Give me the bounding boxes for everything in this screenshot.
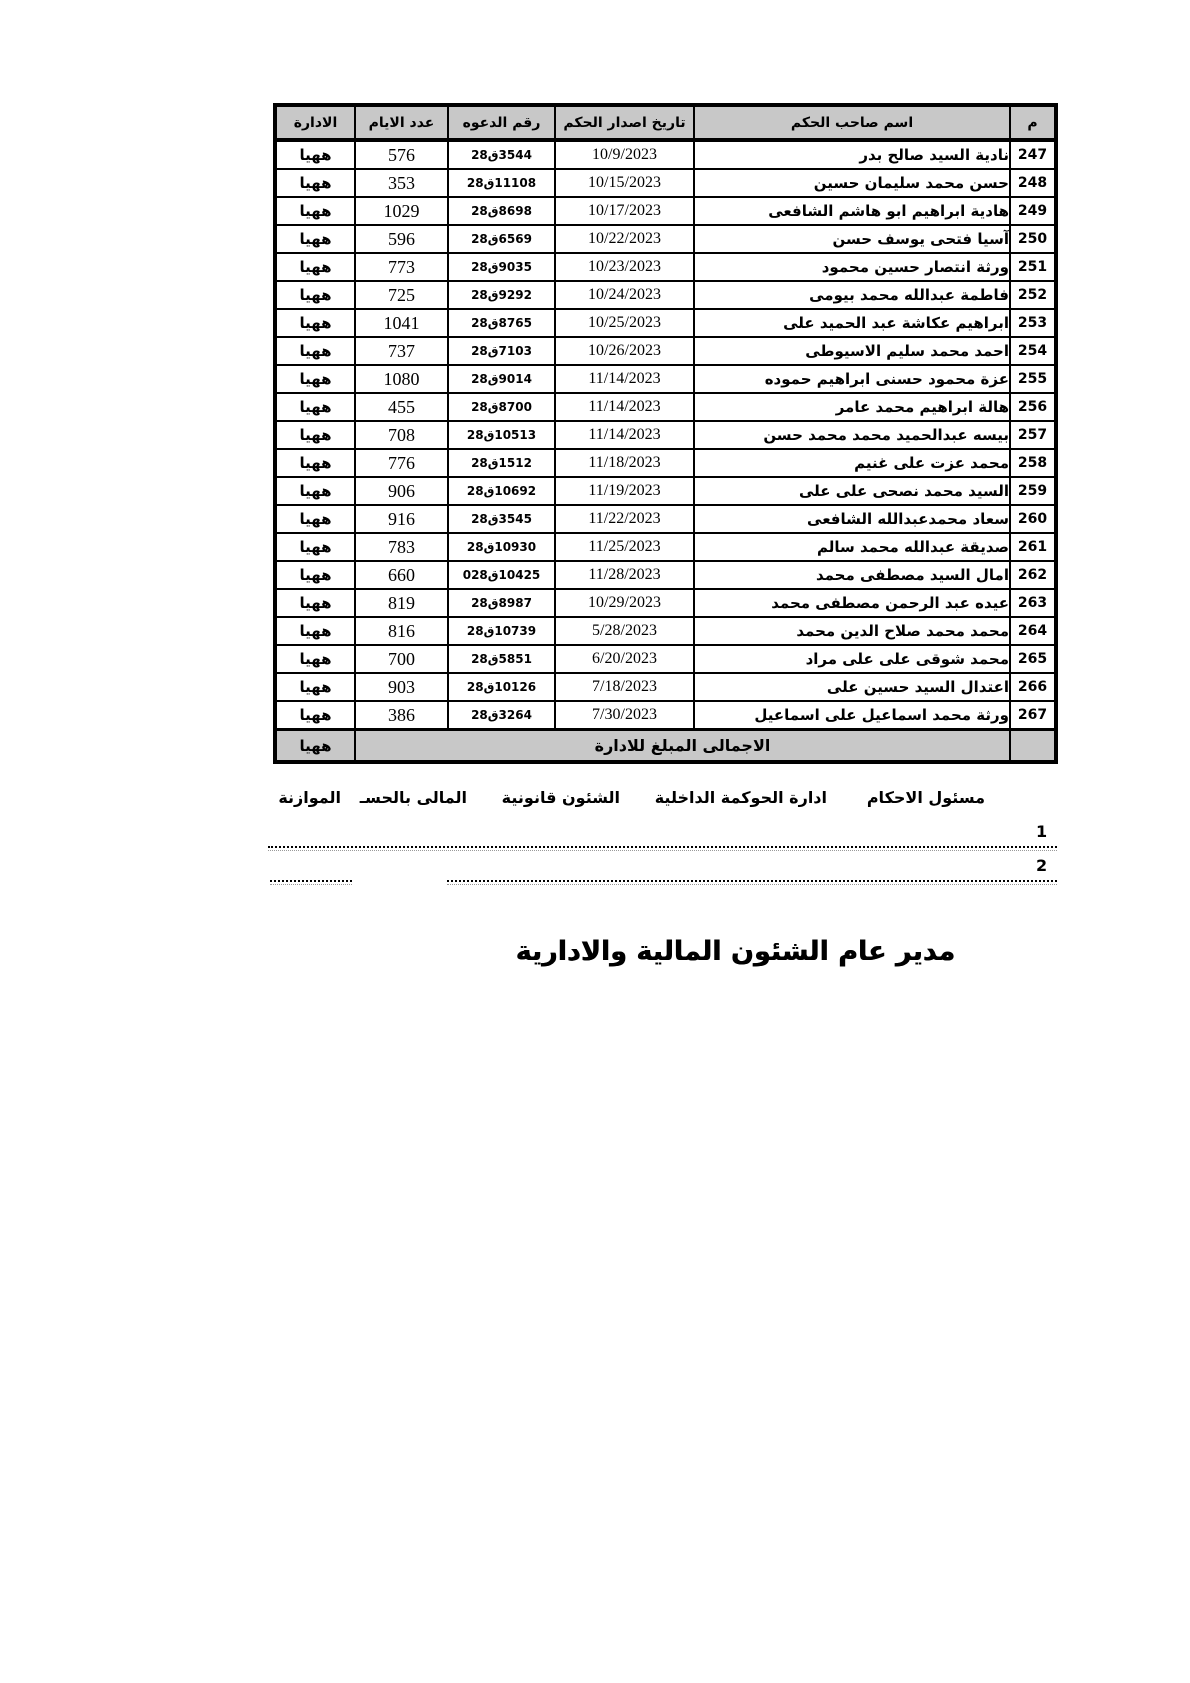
cell-judgment-date: 10/9/2023 [555,140,694,169]
cell-judgment-date: 11/19/2023 [555,477,694,505]
cell-case-number: 3264ق28 [448,701,555,730]
cell-owner-name: صديقة عبدالله محمد سالم [694,533,1010,561]
table-row: 251 ورثة انتصار حسين محمود 10/23/2023 90… [275,253,1056,281]
cell-row-number: 247 [1010,140,1056,169]
cell-administration: ههيا [275,393,355,421]
cell-row-number: 263 [1010,589,1056,617]
cell-owner-name: حسن محمد سليمان حسين [694,169,1010,197]
cell-judgment-date: 11/25/2023 [555,533,694,561]
cell-case-number: 1512ق28 [448,449,555,477]
cell-case-number: 10692ق28 [448,477,555,505]
cell-case-number: 11108ق28 [448,169,555,197]
cell-owner-name: فاطمة عبدالله محمد بيومى [694,281,1010,309]
cell-judgment-date: 10/25/2023 [555,309,694,337]
cell-administration: ههيا [275,337,355,365]
table-row: 247 نادية السيد صالح بدر 10/9/2023 3544ق… [275,140,1056,169]
cell-owner-name: ورثة انتصار حسين محمود [694,253,1010,281]
cell-days-count: 1029 [355,197,448,225]
cell-case-number: 8700ق28 [448,393,555,421]
cell-administration: ههيا [275,617,355,645]
cell-owner-name: ابراهيم عكاشة عبد الحميد على [694,309,1010,337]
cell-judgment-date: 11/14/2023 [555,365,694,393]
cell-days-count: 906 [355,477,448,505]
table-row: 259 السيد محمد نصحى على على 11/19/2023 1… [275,477,1056,505]
total-label: الاجمالى المبلغ للادارة [355,730,1010,763]
cell-days-count: 1080 [355,365,448,393]
cell-case-number: 9292ق28 [448,281,555,309]
cell-row-number: 262 [1010,561,1056,589]
table-row: 260 سعاد محمدعبدالله الشافعى 11/22/2023 … [275,505,1056,533]
cell-owner-name: ورثة محمد اسماعيل على اسماعيل [694,701,1010,730]
signature-internal-governance: ادارة الحوكمة الداخلية [655,788,827,807]
cell-owner-name: سعاد محمدعبدالله الشافعى [694,505,1010,533]
cell-judgment-date: 11/14/2023 [555,421,694,449]
cell-row-number: 265 [1010,645,1056,673]
cell-owner-name: محمد محمد صلاح الدين محمد [694,617,1010,645]
table-row: 264 محمد محمد صلاح الدين محمد 5/28/2023 … [275,617,1056,645]
cell-owner-name: السيد محمد نصحى على على [694,477,1010,505]
note-number-2: 2 [1036,856,1047,875]
cell-row-number: 256 [1010,393,1056,421]
cell-row-number: 249 [1010,197,1056,225]
cell-case-number: 10126ق28 [448,673,555,701]
cell-judgment-date: 11/22/2023 [555,505,694,533]
cell-case-number: 3545ق28 [448,505,555,533]
table-row: 265 محمد شوقى على على مراد 6/20/2023 585… [275,645,1056,673]
cell-administration: ههيا [275,365,355,393]
judgments-table-header: م اسم صاحب الحكم تاريخ اصدار الحكم رقم ا… [275,105,1056,140]
cell-owner-name: نادية السيد صالح بدر [694,140,1010,169]
cell-days-count: 773 [355,253,448,281]
cell-administration: ههيا [275,533,355,561]
cell-row-number: 252 [1010,281,1056,309]
cell-case-number: 7103ق28 [448,337,555,365]
cell-days-count: 819 [355,589,448,617]
cell-judgment-date: 10/17/2023 [555,197,694,225]
cell-days-count: 708 [355,421,448,449]
cell-administration: ههيا [275,449,355,477]
cell-administration: ههيا [275,225,355,253]
cell-administration: ههيا [275,477,355,505]
signature-financial: المالى بالحسـ [360,788,467,807]
cell-administration: ههيا [275,673,355,701]
cell-judgment-date: 5/28/2023 [555,617,694,645]
cell-judgment-date: 6/20/2023 [555,645,694,673]
cell-case-number: 3544ق28 [448,140,555,169]
cell-owner-name: امال السيد مصطفى محمد [694,561,1010,589]
signature-legal-affairs: الشئون قانونية [502,788,620,807]
dotted-line-2-left [270,880,352,885]
cell-case-number: 8698ق28 [448,197,555,225]
table-row: 256 هالة ابراهيم محمد عامر 11/14/2023 87… [275,393,1056,421]
cell-judgment-date: 7/30/2023 [555,701,694,730]
table-row: 258 محمد عزت على غنيم 11/18/2023 1512ق28… [275,449,1056,477]
cell-judgment-date: 11/14/2023 [555,393,694,421]
cell-case-number: 10930ق28 [448,533,555,561]
cell-row-number: 266 [1010,673,1056,701]
cell-case-number: 5851ق28 [448,645,555,673]
cell-owner-name: اعتدال السيد حسين على [694,673,1010,701]
header-judgment-date: تاريخ اصدار الحكم [555,105,694,140]
table-row: 250 آسيا فتحى يوسف حسن 10/22/2023 6569ق2… [275,225,1056,253]
cell-judgment-date: 7/18/2023 [555,673,694,701]
header-row: م اسم صاحب الحكم تاريخ اصدار الحكم رقم ا… [275,105,1056,140]
cell-administration: ههيا [275,561,355,589]
cell-days-count: 783 [355,533,448,561]
dotted-line-2-right [447,880,1057,885]
cell-administration: ههيا [275,197,355,225]
cell-judgment-date: 11/18/2023 [555,449,694,477]
cell-administration: ههيا [275,281,355,309]
cell-row-number: 253 [1010,309,1056,337]
cell-owner-name: هادية ابراهيم ابو هاشم الشافعى [694,197,1010,225]
cell-case-number: 8987ق28 [448,589,555,617]
cell-row-number: 258 [1010,449,1056,477]
table-row: 255 عزة محمود حسنى ابراهيم حموده 11/14/2… [275,365,1056,393]
cell-days-count: 916 [355,505,448,533]
table-row: 263 عيده عبد الرحمن مصطفى محمد 10/29/202… [275,589,1056,617]
header-days-count: عدد الايام [355,105,448,140]
cell-case-number: 10739ق28 [448,617,555,645]
table-row: 266 اعتدال السيد حسين على 7/18/2023 1012… [275,673,1056,701]
cell-row-number: 260 [1010,505,1056,533]
cell-days-count: 386 [355,701,448,730]
cell-days-count: 1041 [355,309,448,337]
cell-case-number: 9035ق28 [448,253,555,281]
table-row: 253 ابراهيم عكاشة عبد الحميد على 10/25/2… [275,309,1056,337]
cell-days-count: 737 [355,337,448,365]
header-case-number: رقم الدعوه [448,105,555,140]
cell-case-number: 10425ق028 [448,561,555,589]
dotted-line-1 [268,846,1057,851]
cell-case-number: 10513ق28 [448,421,555,449]
cell-case-number: 6569ق28 [448,225,555,253]
cell-row-number: 257 [1010,421,1056,449]
header-row-number: م [1010,105,1056,140]
total-row: الاجمالى المبلغ للادارة ههيا [275,730,1056,763]
judgments-table-body: 247 نادية السيد صالح بدر 10/9/2023 3544ق… [275,140,1056,730]
signature-budget: الموازنة [278,788,341,807]
total-administration: ههيا [275,730,355,763]
cell-row-number: 251 [1010,253,1056,281]
header-administration: الادارة [275,105,355,140]
cell-days-count: 576 [355,140,448,169]
cell-days-count: 596 [355,225,448,253]
cell-administration: ههيا [275,505,355,533]
cell-judgment-date: 10/15/2023 [555,169,694,197]
cell-case-number: 8765ق28 [448,309,555,337]
cell-days-count: 903 [355,673,448,701]
cell-row-number: 255 [1010,365,1056,393]
cell-owner-name: محمد شوقى على على مراد [694,645,1010,673]
cell-administration: ههيا [275,421,355,449]
cell-judgment-date: 10/23/2023 [555,253,694,281]
cell-administration: ههيا [275,140,355,169]
cell-row-number: 261 [1010,533,1056,561]
table-row: 248 حسن محمد سليمان حسين 10/15/2023 1110… [275,169,1056,197]
table-row: 254 احمد محمد سليم الاسيوطى 10/26/2023 7… [275,337,1056,365]
judgments-table: م اسم صاحب الحكم تاريخ اصدار الحكم رقم ا… [273,103,1058,764]
cell-row-number: 267 [1010,701,1056,730]
manager-title: مدير عام الشئون المالية والادارية [515,936,955,967]
judgments-table-footer: الاجمالى المبلغ للادارة ههيا [275,730,1056,763]
cell-owner-name: آسيا فتحى يوسف حسن [694,225,1010,253]
total-empty-cell [1010,730,1056,763]
table-row: 252 فاطمة عبدالله محمد بيومى 10/24/2023 … [275,281,1056,309]
signature-judgments-officer: مسئول الاحكام [867,788,985,807]
cell-administration: ههيا [275,169,355,197]
cell-owner-name: عزة محمود حسنى ابراهيم حموده [694,365,1010,393]
cell-row-number: 250 [1010,225,1056,253]
cell-administration: ههيا [275,309,355,337]
cell-owner-name: احمد محمد سليم الاسيوطى [694,337,1010,365]
cell-row-number: 248 [1010,169,1056,197]
cell-judgment-date: 10/29/2023 [555,589,694,617]
table-row: 257 بيسه عبدالحميد محمد محمد حسن 11/14/2… [275,421,1056,449]
cell-owner-name: هالة ابراهيم محمد عامر [694,393,1010,421]
table-row: 267 ورثة محمد اسماعيل على اسماعيل 7/30/2… [275,701,1056,730]
cell-judgment-date: 10/24/2023 [555,281,694,309]
cell-days-count: 700 [355,645,448,673]
cell-row-number: 254 [1010,337,1056,365]
cell-administration: ههيا [275,589,355,617]
cell-administration: ههيا [275,645,355,673]
cell-owner-name: عيده عبد الرحمن مصطفى محمد [694,589,1010,617]
cell-row-number: 259 [1010,477,1056,505]
cell-judgment-date: 11/28/2023 [555,561,694,589]
cell-case-number: 9014ق28 [448,365,555,393]
cell-judgment-date: 10/26/2023 [555,337,694,365]
table-row: 261 صديقة عبدالله محمد سالم 11/25/2023 1… [275,533,1056,561]
cell-administration: ههيا [275,701,355,730]
cell-days-count: 816 [355,617,448,645]
cell-days-count: 725 [355,281,448,309]
cell-days-count: 353 [355,169,448,197]
header-owner-name: اسم صاحب الحكم [694,105,1010,140]
cell-owner-name: بيسه عبدالحميد محمد محمد حسن [694,421,1010,449]
cell-row-number: 264 [1010,617,1056,645]
cell-days-count: 455 [355,393,448,421]
cell-owner-name: محمد عزت على غنيم [694,449,1010,477]
table-row: 262 امال السيد مصطفى محمد 11/28/2023 104… [275,561,1056,589]
cell-days-count: 660 [355,561,448,589]
cell-judgment-date: 10/22/2023 [555,225,694,253]
cell-administration: ههيا [275,253,355,281]
table-row: 249 هادية ابراهيم ابو هاشم الشافعى 10/17… [275,197,1056,225]
cell-days-count: 776 [355,449,448,477]
note-number-1: 1 [1036,822,1047,841]
